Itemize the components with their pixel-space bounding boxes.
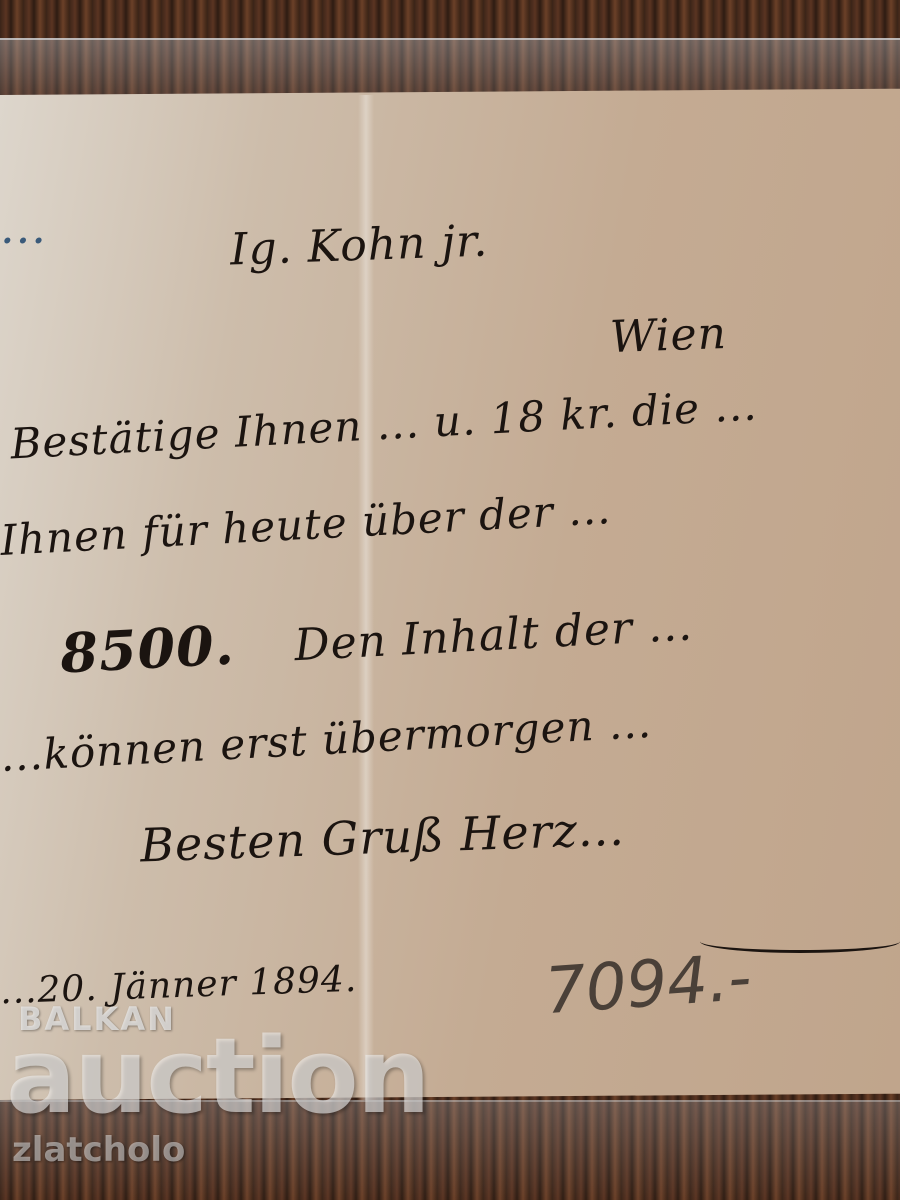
pencil-annotation: 7094.-	[543, 941, 754, 1029]
watermark-brand-bottom: zlatcholo	[12, 1130, 185, 1170]
margin-fragment: ...	[0, 200, 47, 254]
place-line: Wien	[609, 308, 728, 363]
amount-value: 8500.	[59, 612, 236, 685]
watermark-brand-main: auction	[6, 1015, 429, 1137]
salutation-line: Ig. Kohn jr.	[229, 216, 489, 276]
